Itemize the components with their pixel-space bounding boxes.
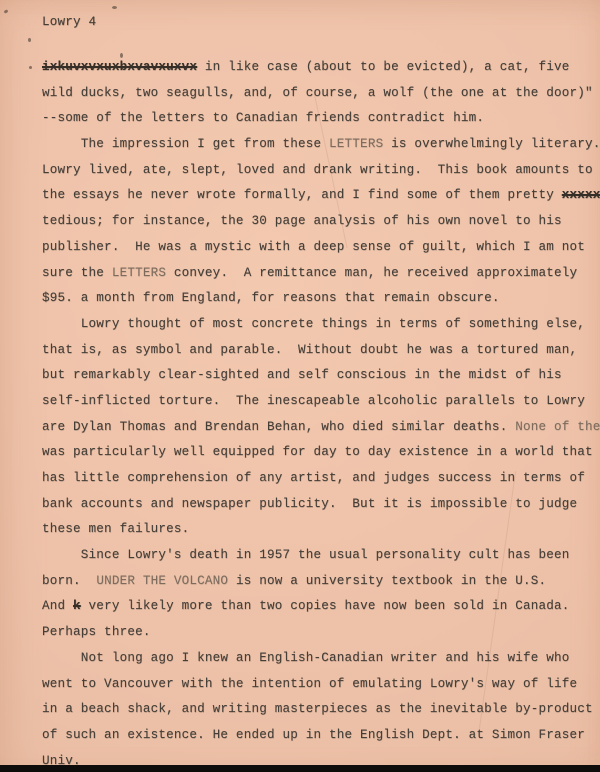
text-line: Perhaps three. bbox=[42, 620, 600, 646]
text-line: of such an existence. He ended up in the… bbox=[42, 723, 600, 749]
text-segment: Since Lowry's death in 1957 the usual pe… bbox=[42, 548, 570, 562]
text-segment: went to Vancouver with the intention of … bbox=[42, 677, 577, 691]
text-line: the essays he never wrote formally, and … bbox=[42, 183, 600, 209]
text-segment: of such an existence. He ended up in the… bbox=[42, 728, 585, 742]
struck-out-text: xxxxxx bbox=[562, 188, 600, 202]
text-segment: but remarkably clear-sighted and self co… bbox=[42, 368, 562, 382]
manuscript-body-text: ixkuvxvxuxbxvavxuxvx in like case (about… bbox=[42, 55, 600, 772]
text-line: self-inflicted torture. The inescapeable… bbox=[42, 389, 600, 415]
text-segment: $95. a month from England, for reasons t… bbox=[42, 291, 500, 305]
struck-out-text: ixkuvxvxuxbxvavxuxvx bbox=[42, 60, 197, 74]
struck-out-text: k bbox=[73, 599, 81, 613]
text-segment: And bbox=[42, 599, 73, 613]
text-line: Lowry lived, ate, slept, loved and drank… bbox=[42, 158, 600, 184]
text-segment: has little comprehension of any artist, … bbox=[42, 471, 585, 485]
text-segment: was particularly well equipped for day t… bbox=[42, 445, 593, 459]
text-line: that is, as symbol and parable. Without … bbox=[42, 338, 600, 364]
text-segment: wild ducks, two seagulls, and, of course… bbox=[42, 86, 593, 100]
typewritten-manuscript-page: Lowry 4 ixkuvxvxuxbxvavxuxvx in like cas… bbox=[0, 0, 600, 772]
text-segment: Perhaps three. bbox=[42, 625, 151, 639]
scan-edge-bar bbox=[0, 765, 600, 772]
text-segment: bank accounts and newspaper publicity. B… bbox=[42, 497, 577, 511]
paper-speck bbox=[112, 6, 117, 9]
page-header-label: Lowry 4 bbox=[42, 15, 96, 29]
text-segment: Lowry thought of most concrete things in… bbox=[42, 317, 585, 331]
text-line: Not long ago I knew an English-Canadian … bbox=[42, 646, 600, 672]
text-line: sure the LETTERS convey. A remittance ma… bbox=[42, 261, 600, 287]
text-line: in a beach shack, and writing masterpiec… bbox=[42, 697, 600, 723]
text-line: And k very likely more than two copies h… bbox=[42, 594, 600, 620]
text-line: but remarkably clear-sighted and self co… bbox=[42, 363, 600, 389]
text-line: born. UNDER THE VOLCANO is now a univers… bbox=[42, 569, 600, 595]
faded-text: LETTERS bbox=[329, 137, 383, 151]
text-segment: tedious; for instance, the 30 page analy… bbox=[42, 214, 562, 228]
text-line: ixkuvxvxuxbxvavxuxvx in like case (about… bbox=[42, 55, 600, 81]
faded-text: LETTERS bbox=[112, 266, 166, 280]
text-line: The impression I get from these LETTERS … bbox=[42, 132, 600, 158]
text-segment: in a beach shack, and writing masterpiec… bbox=[42, 702, 593, 716]
faded-text: None of thes bbox=[515, 420, 600, 434]
text-segment: Lowry lived, ate, slept, loved and drank… bbox=[42, 163, 593, 177]
text-segment: is overwhelmingly literary. bbox=[383, 137, 600, 151]
text-line: $95. a month from England, for reasons t… bbox=[42, 286, 600, 312]
text-line: these men failures. bbox=[42, 517, 600, 543]
text-segment: --some of the letters to Canadian friend… bbox=[42, 111, 484, 125]
text-line: publisher. He was a mystic with a deep s… bbox=[42, 235, 600, 261]
text-line: Since Lowry's death in 1957 the usual pe… bbox=[42, 543, 600, 569]
text-line: went to Vancouver with the intention of … bbox=[42, 672, 600, 698]
text-segment: publisher. He was a mystic with a deep s… bbox=[42, 240, 585, 254]
paper-speck bbox=[4, 9, 9, 14]
text-line: Lowry thought of most concrete things in… bbox=[42, 312, 600, 338]
text-line: was particularly well equipped for day t… bbox=[42, 440, 600, 466]
faded-text: UNDER THE VOLCANO bbox=[96, 574, 228, 588]
text-line: bank accounts and newspaper publicity. B… bbox=[42, 492, 600, 518]
paper-speck bbox=[120, 53, 123, 58]
text-segment: that is, as symbol and parable. Without … bbox=[42, 343, 577, 357]
text-segment: convey. A remittance man, he received ap… bbox=[166, 266, 577, 280]
text-line: tedious; for instance, the 30 page analy… bbox=[42, 209, 600, 235]
paper-speck bbox=[28, 38, 31, 42]
text-segment: these men failures. bbox=[42, 522, 189, 536]
text-segment: The impression I get from these bbox=[42, 137, 329, 151]
text-segment: are Dylan Thomas and Brendan Behan, who … bbox=[42, 420, 515, 434]
text-segment: sure the bbox=[42, 266, 112, 280]
text-segment: in like case (about to be evicted), a ca… bbox=[197, 60, 569, 74]
text-line: wild ducks, two seagulls, and, of course… bbox=[42, 81, 600, 107]
paper-speck bbox=[29, 66, 32, 69]
text-segment: the essays he never wrote formally, and … bbox=[42, 188, 562, 202]
text-line: are Dylan Thomas and Brendan Behan, who … bbox=[42, 415, 600, 441]
text-line: has little comprehension of any artist, … bbox=[42, 466, 600, 492]
text-segment: self-inflicted torture. The inescapeable… bbox=[42, 394, 585, 408]
text-segment: born. bbox=[42, 574, 96, 588]
